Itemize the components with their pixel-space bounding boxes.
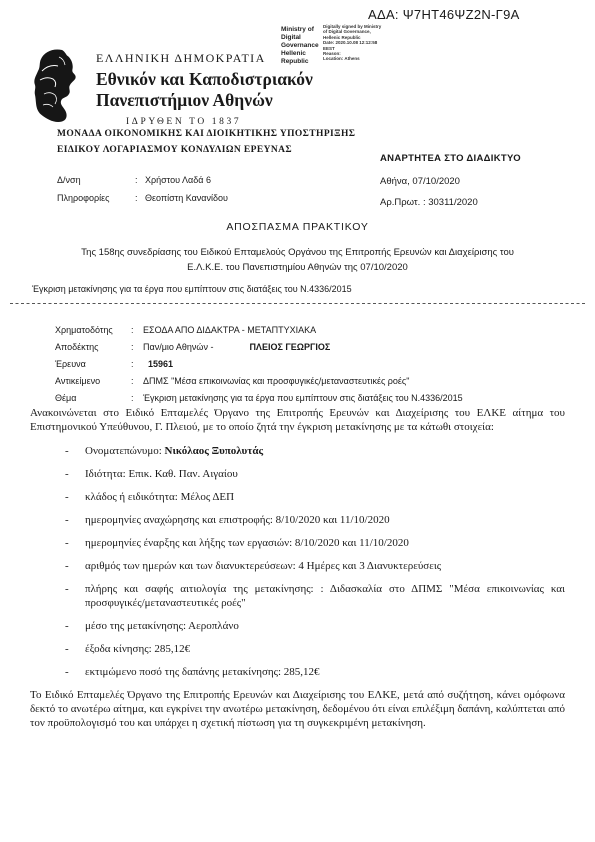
bullet-bold-text: Νικόλαος Ξυπολυτάς <box>165 445 264 457</box>
detail-label: Χρηματοδότης <box>55 322 131 339</box>
bullet-item-capacity: -Ιδιότητα: Επικ. Καθ. Παν. Αιγαίου <box>30 467 565 481</box>
bullet-item-travel-costs: -έξοδα κίνησης: 285,12€ <box>30 642 565 656</box>
request-bullet-list: -Ονοματεπώνυμο: Νικόλαος Ξυπολυτάς -Ιδιό… <box>30 444 565 679</box>
detail-value-text: Έγκριση μετακίνησης για τα έργα που εμπί… <box>143 393 463 403</box>
unit-line: ΜΟΝΑΔΑ ΟΙΚΟΝΟΜΙΚΗΣ ΚΑΙ ΔΙΟΙΚΗΤΙΚΗΣ ΥΠΟΣΤ… <box>57 127 355 143</box>
detail-row-theme: Θέμα:Έγκριση μετακίνησης για τα έργα που… <box>55 390 565 407</box>
closing-paragraph: Το Ειδικό Επταμελές Όργανο της Επιτροπής… <box>30 688 565 730</box>
bullet-dash: - <box>65 536 69 550</box>
separator-colon: : <box>131 373 143 390</box>
document-title: ΑΠΟΣΠΑΣΜΑ ΠΡΑΚΤΙΚΟΥ <box>0 221 595 233</box>
separator-colon: : <box>131 390 143 407</box>
stamp-sig-line: Location: Athens <box>323 56 409 61</box>
bullet-text: έξοδα κίνησης: 285,12€ <box>85 643 190 655</box>
detail-value-text: ΔΠΜΣ "Μέσα επικοινωνίας και προσφυγικές/… <box>143 376 409 386</box>
university-name-line: Πανεπιστήμιον Αθηνών <box>96 90 313 111</box>
detail-row-object: Αντικείμενο:ΔΠΜΣ "Μέσα επικοινωνίας και … <box>55 373 565 390</box>
session-line: Της 158ης συνεδρίασης του Ειδικού Επταμε… <box>40 245 555 260</box>
body-text: Ανακοινώνεται στο Ειδικό Επταμελές Όργαν… <box>30 406 565 730</box>
detail-label: Αποδέκτης <box>55 339 131 356</box>
detail-row-recipient: Αποδέκτης:Παν/μιο Αθηνών -ΠΛΕΙΟΣ ΓΕΩΡΓΙΟ… <box>55 339 565 356</box>
republic-title: ΕΛΛΗΝΙΚΗ ΔΗΜΟΚΡΑΤΙΑ <box>96 51 313 66</box>
address-label: Δ/νση <box>57 172 135 190</box>
bullet-text: ημερομηνίες έναρξης και λήξης των εργασι… <box>85 537 409 549</box>
athena-emblem-icon <box>29 49 88 123</box>
bullet-dash: - <box>65 513 69 527</box>
detail-value: Παν/μιο Αθηνών -ΠΛΕΙΟΣ ΓΕΩΡΓΙΟΣ <box>143 339 330 356</box>
session-line: Ε.Λ.Κ.Ε. του Πανεπιστημίου Αθηνών της 07… <box>40 260 555 275</box>
university-name-line: Εθνικόν και Καποδιστριακόν <box>96 69 313 90</box>
protocol-number: Αρ.Πρωτ. : 30311/2020 <box>380 197 521 208</box>
separator-colon: : <box>135 190 145 208</box>
detail-label: Αντικείμενο <box>55 373 131 390</box>
meta-block: ΑΝΑΡΤΗΤΕΑ ΣΤΟ ΔΙΑΔΙΚΤΥΟ Αθήνα, 07/10/202… <box>380 153 521 208</box>
detail-label: Έρευνα <box>55 356 131 373</box>
bullet-text: πλήρης και σαφής αιτιολογία της μετακίνη… <box>85 583 565 609</box>
stamp-org-line: Governance <box>281 42 327 50</box>
bullet-item-days-nights: -αριθμός των ημερών και των διανυκτερεύσ… <box>30 559 565 573</box>
bullet-text: ημερομηνίες αναχώρησης και επιστροφής: 8… <box>85 514 390 526</box>
session-subtitle: Της 158ης συνεδρίασης του Ειδικού Επταμε… <box>40 245 555 275</box>
bullet-text: εκτιμώμενο ποσό της δαπάνης μετακίνησης:… <box>85 666 320 678</box>
bullet-item-departure-dates: -ημερομηνίες αναχώρησης και επιστροφής: … <box>30 513 565 527</box>
info-value: Θεοπίστη Κανανίδου <box>145 193 228 203</box>
document-page: ΑΔΑ: Ψ7ΗΤ46ΨΖ2Ν-Γ9Α Ministry of Digital … <box>0 0 595 842</box>
bullet-dash: - <box>65 582 69 596</box>
bullet-dash: - <box>65 619 69 633</box>
stamp-org-line: Ministry of Digital <box>281 26 327 42</box>
ada-code: ΑΔΑ: Ψ7ΗΤ46ΨΖ2Ν-Γ9Α <box>368 7 520 22</box>
bullet-dash: - <box>65 490 69 504</box>
detail-value-bold: ΠΛΕΙΟΣ ΓΕΩΡΓΙΟΣ <box>249 342 330 352</box>
details-table: Χρηματοδότης:ΕΣΟΔΑ ΑΠΟ ΔΙΔΑΚΤΡΑ - ΜΕΤΑΠΤ… <box>55 322 565 407</box>
bullet-dash: - <box>65 642 69 656</box>
university-name: Εθνικόν και Καποδιστριακόν Πανεπιστήμιον… <box>96 69 313 111</box>
detail-value-bold: 15961 <box>148 359 173 369</box>
web-posting-label: ΑΝΑΡΤΗΤΕΑ ΣΤΟ ΔΙΑΔΙΚΤΥΟ <box>380 153 521 164</box>
detail-value: ΕΣΟΔΑ ΑΠΟ ΔΙΔΑΚΤΡΑ - ΜΕΤΑΠΤΥΧΙΑΚΑ <box>143 322 321 339</box>
founded-line: ΙΔΡΥΘΕΝ ΤΟ 1837 <box>126 117 313 127</box>
subject-line: Έγκριση μετακίνησης για τα έργα που εμπί… <box>32 284 352 294</box>
detail-value: 15961 <box>143 356 173 373</box>
dotted-divider <box>10 303 585 305</box>
bullet-item-specialty: -κλάδος ή ειδικότητα: Μέλος ΔΕΠ <box>30 490 565 504</box>
intro-paragraph: Ανακοινώνεται στο Ειδικό Επταμελές Όργαν… <box>30 406 565 434</box>
bullet-dash: - <box>65 444 69 458</box>
bullet-item-estimated-cost: -εκτιμώμενο ποσό της δαπάνης μετακίνησης… <box>30 665 565 679</box>
contact-address-row: Δ/νση:Χρήστου Λαδά 6 <box>57 172 228 190</box>
bullet-dash: - <box>65 467 69 481</box>
detail-value-text: ΕΣΟΔΑ ΑΠΟ ΔΙΔΑΚΤΡΑ - ΜΕΤΑΠΤΥΧΙΑΚΑ <box>143 325 316 335</box>
letterhead: ΕΛΛΗΝΙΚΗ ΔΗΜΟΚΡΑΤΙΑ Εθνικόν και Καποδιστ… <box>96 51 313 127</box>
separator-colon: : <box>131 322 143 339</box>
bullet-text: κλάδος ή ειδικότητα: Μέλος ΔΕΠ <box>85 491 234 503</box>
separator-colon: : <box>135 172 145 190</box>
detail-value: ΔΠΜΣ "Μέσα επικοινωνίας και προσφυγικές/… <box>143 373 414 390</box>
bullet-text: αριθμός των ημερών και των διανυκτερεύσε… <box>85 560 441 572</box>
address-value: Χρήστου Λαδά 6 <box>145 175 211 185</box>
info-label: Πληροφορίες <box>57 190 135 208</box>
bullet-text: μέσο της μετακίνησης: Αεροπλάνο <box>85 620 239 632</box>
bullet-item-name: -Ονοματεπώνυμο: Νικόλαος Ξυπολυτάς <box>30 444 565 458</box>
bullet-item-work-dates: -ημερομηνίες έναρξης και λήξης των εργασ… <box>30 536 565 550</box>
detail-row-funder: Χρηματοδότης:ΕΣΟΔΑ ΑΠΟ ΔΙΔΑΚΤΡΑ - ΜΕΤΑΠΤ… <box>55 322 565 339</box>
detail-label: Θέμα <box>55 390 131 407</box>
unit-title: ΜΟΝΑΔΑ ΟΙΚΟΝΟΜΙΚΗΣ ΚΑΙ ΔΙΟΙΚΗΤΙΚΗΣ ΥΠΟΣΤ… <box>57 127 355 158</box>
separator-colon: : <box>131 356 143 373</box>
bullet-dash: - <box>65 665 69 679</box>
separator-colon: : <box>131 339 143 356</box>
bullet-dash: - <box>65 559 69 573</box>
digital-signature-details: Digitally signed by Ministry of Digital … <box>323 24 409 62</box>
bullet-text: Ιδιότητα: Επικ. Καθ. Παν. Αιγαίου <box>85 468 238 480</box>
detail-row-research: Έρευνα:15961 <box>55 356 565 373</box>
bullet-item-justification: -πλήρης και σαφής αιτιολογία της μετακίν… <box>30 582 565 610</box>
bullet-text: Ονοματεπώνυμο: <box>85 445 165 457</box>
unit-line: ΕΙΔΙΚΟΥ ΛΟΓΑΡΙΑΣΜΟΥ ΚΟΝΔΥΛΙΩΝ ΕΡΕΥΝΑΣ <box>57 143 355 159</box>
contact-info-row: Πληροφορίες:Θεοπίστη Κανανίδου <box>57 190 228 208</box>
contact-block: Δ/νση:Χρήστου Λαδά 6 Πληροφορίες:Θεοπίστ… <box>57 172 228 207</box>
detail-value-text: Παν/μιο Αθηνών - <box>143 342 213 352</box>
bullet-item-transport: -μέσο της μετακίνησης: Αεροπλάνο <box>30 619 565 633</box>
detail-value: Έγκριση μετακίνησης για τα έργα που εμπί… <box>143 390 468 407</box>
city-date: Αθήνα, 07/10/2020 <box>380 176 521 187</box>
